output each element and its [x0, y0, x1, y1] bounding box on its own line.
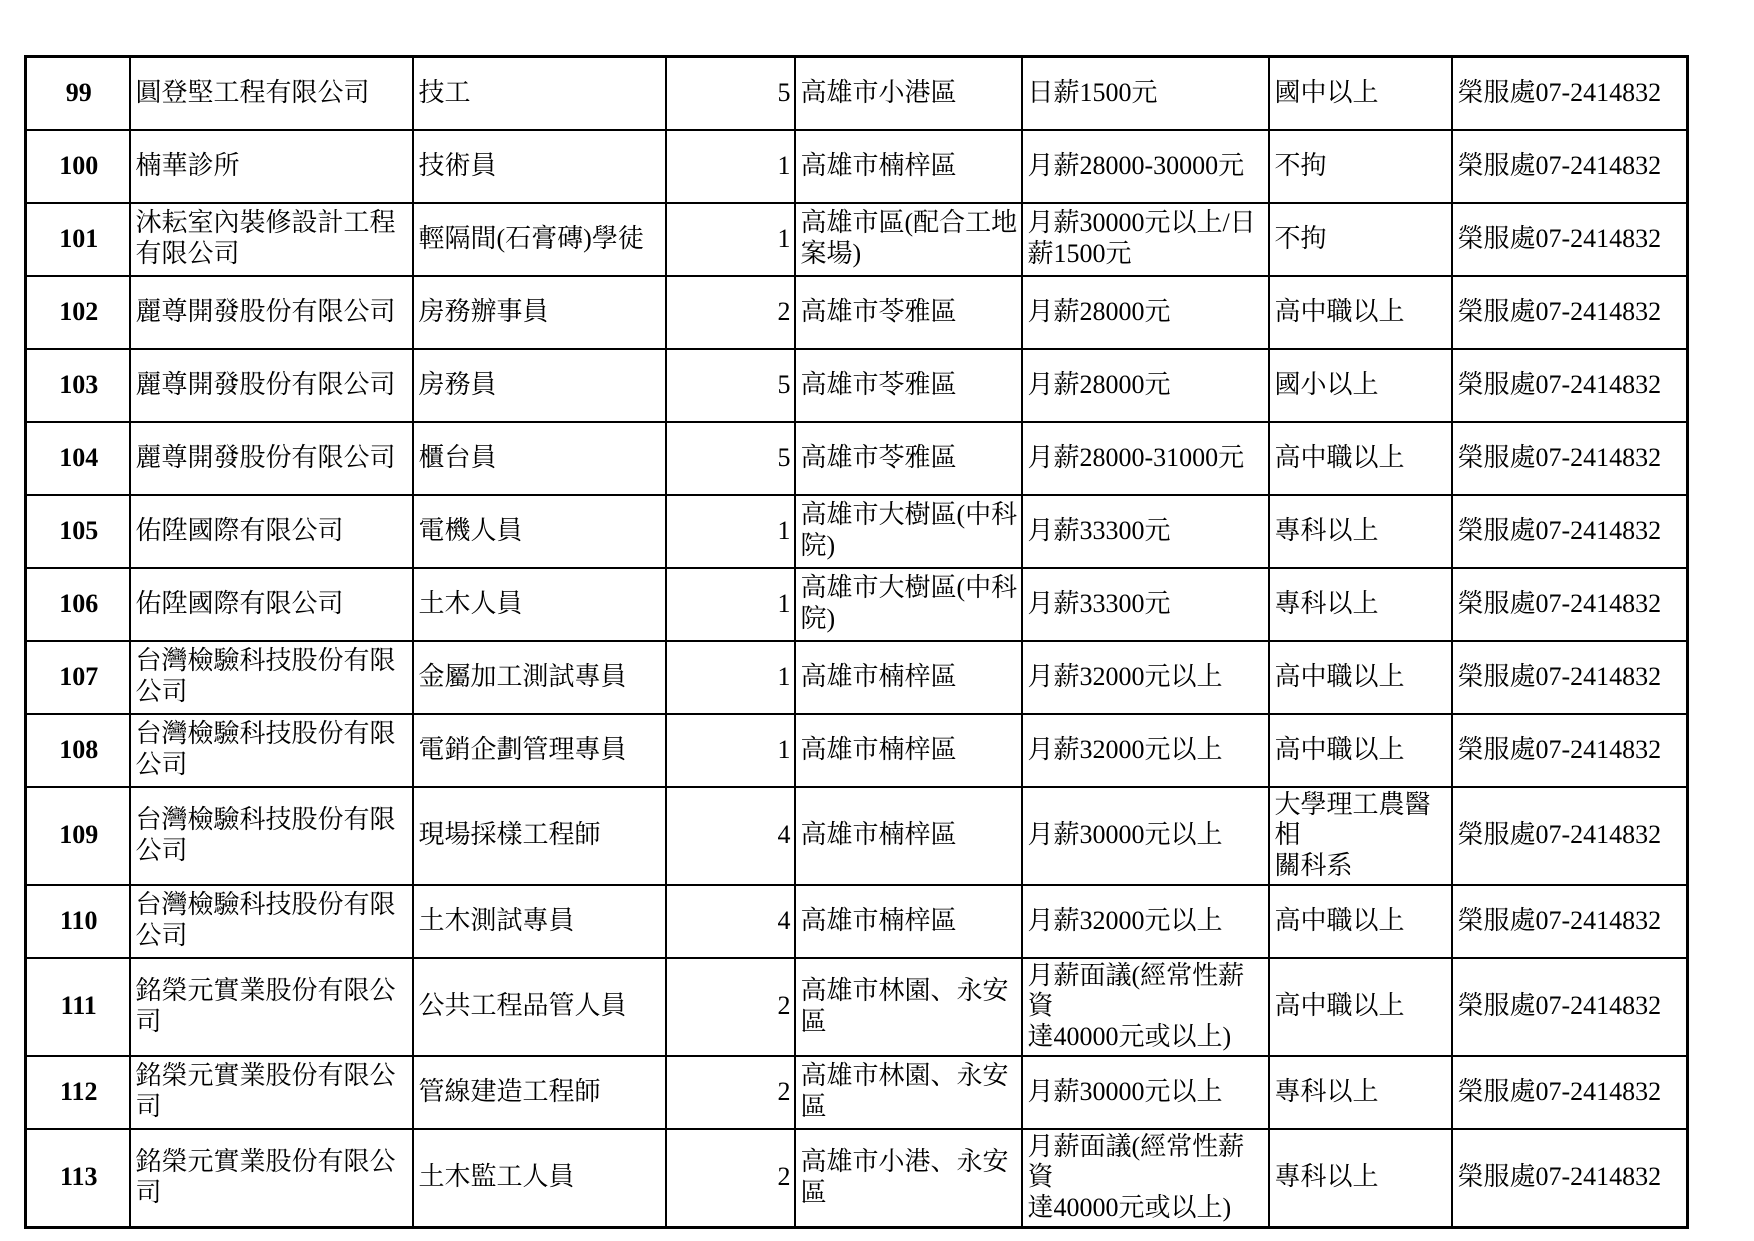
- education-cell: 國中以上: [1269, 57, 1452, 130]
- education-cell: 高中職以上: [1269, 276, 1452, 349]
- job-title-cell: 管線建造工程師: [413, 1056, 666, 1129]
- openings-cell: 1: [666, 641, 795, 714]
- salary-cell: 月薪33300元: [1022, 568, 1269, 641]
- job-title-cell: 房務辦事員: [413, 276, 666, 349]
- table-row: 104 麗尊開發股份有限公司 櫃台員 5 高雄市苓雅區 月薪28000-3100…: [26, 422, 1688, 495]
- company-cell: 銘榮元實業股份有限公 司: [130, 1129, 413, 1228]
- job-title-cell: 土木監工人員: [413, 1129, 666, 1228]
- contact-cell: 榮服處07-2414832: [1452, 203, 1688, 276]
- table-row: 111 銘榮元實業股份有限公 司 公共工程品管人員 2 高雄市林園、永安 區 月…: [26, 958, 1688, 1056]
- company-cell: 麗尊開發股份有限公司: [130, 349, 413, 422]
- row-number-cell: 111: [26, 958, 130, 1056]
- table-row: 110 台灣檢驗科技股份有限 公司 土木測試專員 4 高雄市楠梓區 月薪3200…: [26, 885, 1688, 958]
- openings-cell: 2: [666, 1056, 795, 1129]
- row-number-cell: 99: [26, 57, 130, 130]
- row-number-cell: 112: [26, 1056, 130, 1129]
- openings-cell: 1: [666, 714, 795, 787]
- education-cell: 高中職以上: [1269, 714, 1452, 787]
- location-cell: 高雄市楠梓區: [795, 130, 1022, 203]
- location-cell: 高雄市小港區: [795, 57, 1022, 130]
- openings-cell: 1: [666, 203, 795, 276]
- company-cell: 佑陞國際有限公司: [130, 568, 413, 641]
- row-number-cell: 108: [26, 714, 130, 787]
- job-title-cell: 櫃台員: [413, 422, 666, 495]
- salary-cell: 月薪32000元以上: [1022, 714, 1269, 787]
- table-row: 112 銘榮元實業股份有限公 司 管線建造工程師 2 高雄市林園、永安 區 月薪…: [26, 1056, 1688, 1129]
- location-cell: 高雄市苓雅區: [795, 349, 1022, 422]
- job-title-cell: 電機人員: [413, 495, 666, 568]
- education-cell: 專科以上: [1269, 1056, 1452, 1129]
- company-cell: 銘榮元實業股份有限公 司: [130, 958, 413, 1056]
- company-cell: 銘榮元實業股份有限公 司: [130, 1056, 413, 1129]
- company-cell: 台灣檢驗科技股份有限 公司: [130, 885, 413, 958]
- location-cell: 高雄市楠梓區: [795, 641, 1022, 714]
- location-cell: 高雄市楠梓區: [795, 885, 1022, 958]
- location-cell: 高雄市楠梓區: [795, 787, 1022, 885]
- education-cell: 高中職以上: [1269, 885, 1452, 958]
- job-title-cell: 金屬加工測試專員: [413, 641, 666, 714]
- education-cell: 大學理工農醫相 關科系: [1269, 787, 1452, 885]
- salary-cell: 月薪28000-31000元: [1022, 422, 1269, 495]
- table-row: 107 台灣檢驗科技股份有限 公司 金屬加工測試專員 1 高雄市楠梓區 月薪32…: [26, 641, 1688, 714]
- salary-cell: 月薪30000元以上/日 薪1500元: [1022, 203, 1269, 276]
- contact-cell: 榮服處07-2414832: [1452, 349, 1688, 422]
- salary-cell: 月薪33300元: [1022, 495, 1269, 568]
- openings-cell: 1: [666, 130, 795, 203]
- openings-cell: 1: [666, 568, 795, 641]
- row-number-cell: 110: [26, 885, 130, 958]
- location-cell: 高雄市苓雅區: [795, 422, 1022, 495]
- location-cell: 高雄市林園、永安 區: [795, 1056, 1022, 1129]
- openings-cell: 2: [666, 276, 795, 349]
- location-cell: 高雄市苓雅區: [795, 276, 1022, 349]
- salary-cell: 日薪1500元: [1022, 57, 1269, 130]
- row-number-cell: 109: [26, 787, 130, 885]
- contact-cell: 榮服處07-2414832: [1452, 958, 1688, 1056]
- company-cell: 麗尊開發股份有限公司: [130, 422, 413, 495]
- location-cell: 高雄市大樹區(中科 院): [795, 495, 1022, 568]
- company-cell: 台灣檢驗科技股份有限 公司: [130, 641, 413, 714]
- openings-cell: 4: [666, 885, 795, 958]
- salary-cell: 月薪28000元: [1022, 276, 1269, 349]
- salary-cell: 月薪30000元以上: [1022, 1056, 1269, 1129]
- education-cell: 國小以上: [1269, 349, 1452, 422]
- row-number-cell: 102: [26, 276, 130, 349]
- education-cell: 不拘: [1269, 203, 1452, 276]
- contact-cell: 榮服處07-2414832: [1452, 495, 1688, 568]
- openings-cell: 4: [666, 787, 795, 885]
- table-row: 102 麗尊開發股份有限公司 房務辦事員 2 高雄市苓雅區 月薪28000元 高…: [26, 276, 1688, 349]
- table-row: 103 麗尊開發股份有限公司 房務員 5 高雄市苓雅區 月薪28000元 國小以…: [26, 349, 1688, 422]
- row-number-cell: 101: [26, 203, 130, 276]
- salary-cell: 月薪30000元以上: [1022, 787, 1269, 885]
- openings-cell: 5: [666, 349, 795, 422]
- company-cell: 台灣檢驗科技股份有限 公司: [130, 714, 413, 787]
- row-number-cell: 113: [26, 1129, 130, 1228]
- location-cell: 高雄市大樹區(中科 院): [795, 568, 1022, 641]
- job-title-cell: 電銷企劃管理專員: [413, 714, 666, 787]
- job-title-cell: 公共工程品管人員: [413, 958, 666, 1056]
- job-title-cell: 現場採樣工程師: [413, 787, 666, 885]
- row-number-cell: 104: [26, 422, 130, 495]
- salary-cell: 月薪面議(經常性薪資 達40000元或以上): [1022, 1129, 1269, 1228]
- contact-cell: 榮服處07-2414832: [1452, 276, 1688, 349]
- job-title-cell: 技術員: [413, 130, 666, 203]
- company-cell: 佑陞國際有限公司: [130, 495, 413, 568]
- job-title-cell: 輕隔間(石膏磚)學徒: [413, 203, 666, 276]
- table-row: 113 銘榮元實業股份有限公 司 土木監工人員 2 高雄市小港、永安 區 月薪面…: [26, 1129, 1688, 1228]
- table-row: 99 圓登堅工程有限公司 技工 5 高雄市小港區 日薪1500元 國中以上 榮服…: [26, 57, 1688, 130]
- contact-cell: 榮服處07-2414832: [1452, 568, 1688, 641]
- contact-cell: 榮服處07-2414832: [1452, 1056, 1688, 1129]
- education-cell: 高中職以上: [1269, 641, 1452, 714]
- row-number-cell: 103: [26, 349, 130, 422]
- location-cell: 高雄市楠梓區: [795, 714, 1022, 787]
- salary-cell: 月薪28000元: [1022, 349, 1269, 422]
- openings-cell: 2: [666, 958, 795, 1056]
- job-title-cell: 技工: [413, 57, 666, 130]
- table-row: 108 台灣檢驗科技股份有限 公司 電銷企劃管理專員 1 高雄市楠梓區 月薪32…: [26, 714, 1688, 787]
- salary-cell: 月薪32000元以上: [1022, 885, 1269, 958]
- row-number-cell: 100: [26, 130, 130, 203]
- row-number-cell: 107: [26, 641, 130, 714]
- salary-cell: 月薪面議(經常性薪資 達40000元或以上): [1022, 958, 1269, 1056]
- company-cell: 台灣檢驗科技股份有限 公司: [130, 787, 413, 885]
- education-cell: 高中職以上: [1269, 422, 1452, 495]
- job-title-cell: 土木人員: [413, 568, 666, 641]
- contact-cell: 榮服處07-2414832: [1452, 885, 1688, 958]
- table-row: 105 佑陞國際有限公司 電機人員 1 高雄市大樹區(中科 院) 月薪33300…: [26, 495, 1688, 568]
- company-cell: 圓登堅工程有限公司: [130, 57, 413, 130]
- openings-cell: 2: [666, 1129, 795, 1228]
- openings-cell: 1: [666, 495, 795, 568]
- openings-cell: 5: [666, 422, 795, 495]
- table-row: 100 楠華診所 技術員 1 高雄市楠梓區 月薪28000-30000元 不拘 …: [26, 130, 1688, 203]
- table-row: 106 佑陞國際有限公司 土木人員 1 高雄市大樹區(中科 院) 月薪33300…: [26, 568, 1688, 641]
- contact-cell: 榮服處07-2414832: [1452, 787, 1688, 885]
- row-number-cell: 106: [26, 568, 130, 641]
- education-cell: 專科以上: [1269, 495, 1452, 568]
- document-page: 99 圓登堅工程有限公司 技工 5 高雄市小港區 日薪1500元 國中以上 榮服…: [0, 0, 1754, 1241]
- location-cell: 高雄市小港、永安 區: [795, 1129, 1022, 1228]
- location-cell: 高雄市林園、永安 區: [795, 958, 1022, 1056]
- location-cell: 高雄市區(配合工地 案場): [795, 203, 1022, 276]
- education-cell: 高中職以上: [1269, 958, 1452, 1056]
- contact-cell: 榮服處07-2414832: [1452, 422, 1688, 495]
- openings-cell: 5: [666, 57, 795, 130]
- contact-cell: 榮服處07-2414832: [1452, 130, 1688, 203]
- company-cell: 楠華診所: [130, 130, 413, 203]
- row-number-cell: 105: [26, 495, 130, 568]
- company-cell: 沐耘室內裝修設計工程 有限公司: [130, 203, 413, 276]
- table-row: 109 台灣檢驗科技股份有限 公司 現場採樣工程師 4 高雄市楠梓區 月薪300…: [26, 787, 1688, 885]
- education-cell: 專科以上: [1269, 1129, 1452, 1228]
- company-cell: 麗尊開發股份有限公司: [130, 276, 413, 349]
- job-title-cell: 土木測試專員: [413, 885, 666, 958]
- contact-cell: 榮服處07-2414832: [1452, 714, 1688, 787]
- table-row: 101 沐耘室內裝修設計工程 有限公司 輕隔間(石膏磚)學徒 1 高雄市區(配合…: [26, 203, 1688, 276]
- contact-cell: 榮服處07-2414832: [1452, 57, 1688, 130]
- education-cell: 不拘: [1269, 130, 1452, 203]
- education-cell: 專科以上: [1269, 568, 1452, 641]
- salary-cell: 月薪28000-30000元: [1022, 130, 1269, 203]
- contact-cell: 榮服處07-2414832: [1452, 1129, 1688, 1228]
- contact-cell: 榮服處07-2414832: [1452, 641, 1688, 714]
- job-title-cell: 房務員: [413, 349, 666, 422]
- job-listings-table: 99 圓登堅工程有限公司 技工 5 高雄市小港區 日薪1500元 國中以上 榮服…: [24, 55, 1689, 1229]
- salary-cell: 月薪32000元以上: [1022, 641, 1269, 714]
